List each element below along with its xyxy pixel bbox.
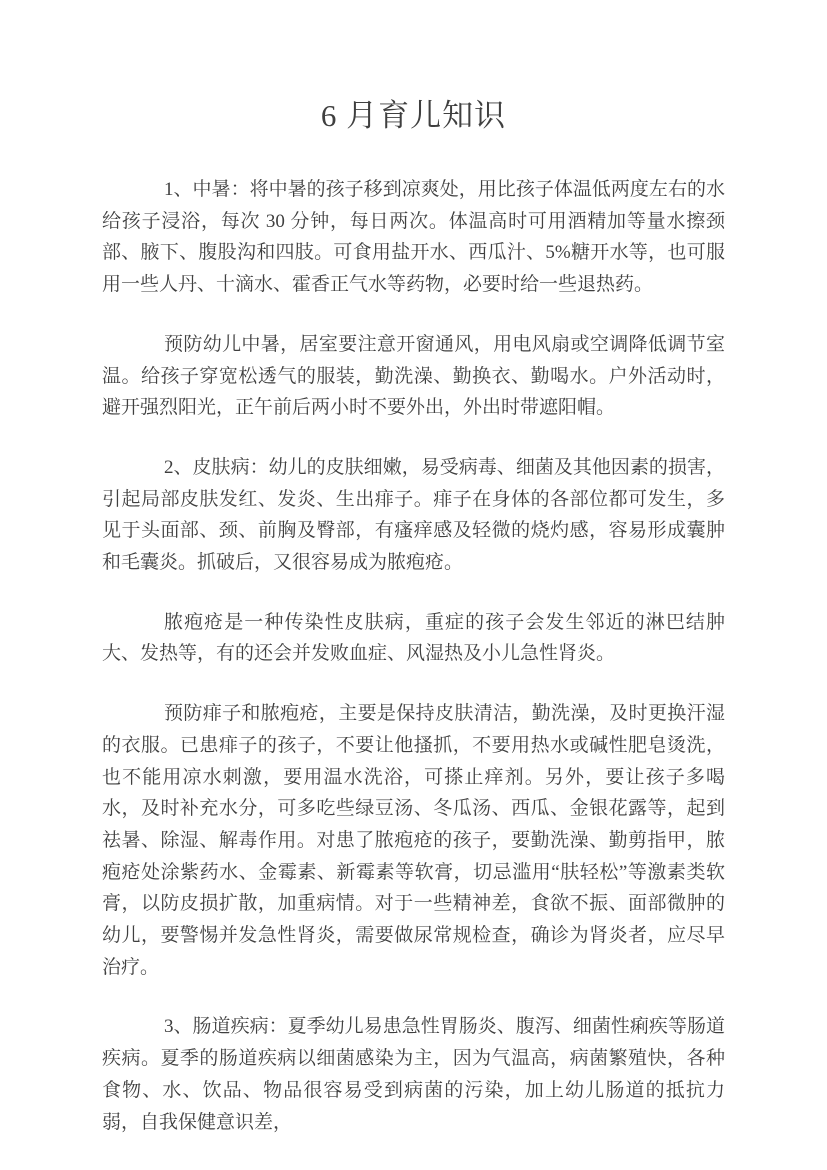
paragraph-impetigo: 脓疱疮是一种传染性皮肤病，重症的孩子会发生邻近的淋巴结肿大、发热等，有的还会并发…	[102, 607, 725, 670]
document-title: 6 月育儿知识	[0, 96, 827, 136]
document-body: 1、中暑：将中暑的孩子移到凉爽处，用比孩子体温低两度左右的水给孩子浸浴，每次 3…	[102, 174, 725, 1138]
paragraph-skin-disease-prevention: 预防痱子和脓疱疮，主要是保持皮肤清洁，勤洗澡，及时更换汗湿的衣服。已患痱子的孩子…	[102, 698, 725, 983]
paragraph-heatstroke-prevention: 预防幼儿中暑，居室要注意开窗通风，用电风扇或空调降低调节室温。给孩子穿宽松透气的…	[102, 329, 725, 424]
paragraph-heatstroke: 1、中暑：将中暑的孩子移到凉爽处，用比孩子体温低两度左右的水给孩子浸浴，每次 3…	[102, 174, 725, 301]
document-page: 6 月育儿知识 1、中暑：将中暑的孩子移到凉爽处，用比孩子体温低两度左右的水给孩…	[0, 0, 827, 1170]
paragraph-intestinal-disease: 3、肠道疾病：夏季幼儿易患急性胃肠炎、腹泻、细菌性痢疾等肠道疾病。夏季的肠道疾病…	[102, 1011, 725, 1138]
paragraph-skin-disease: 2、皮肤病：幼儿的皮肤细嫩，易受病毒、细菌及其他因素的损害，引起局部皮肤发红、发…	[102, 452, 725, 579]
